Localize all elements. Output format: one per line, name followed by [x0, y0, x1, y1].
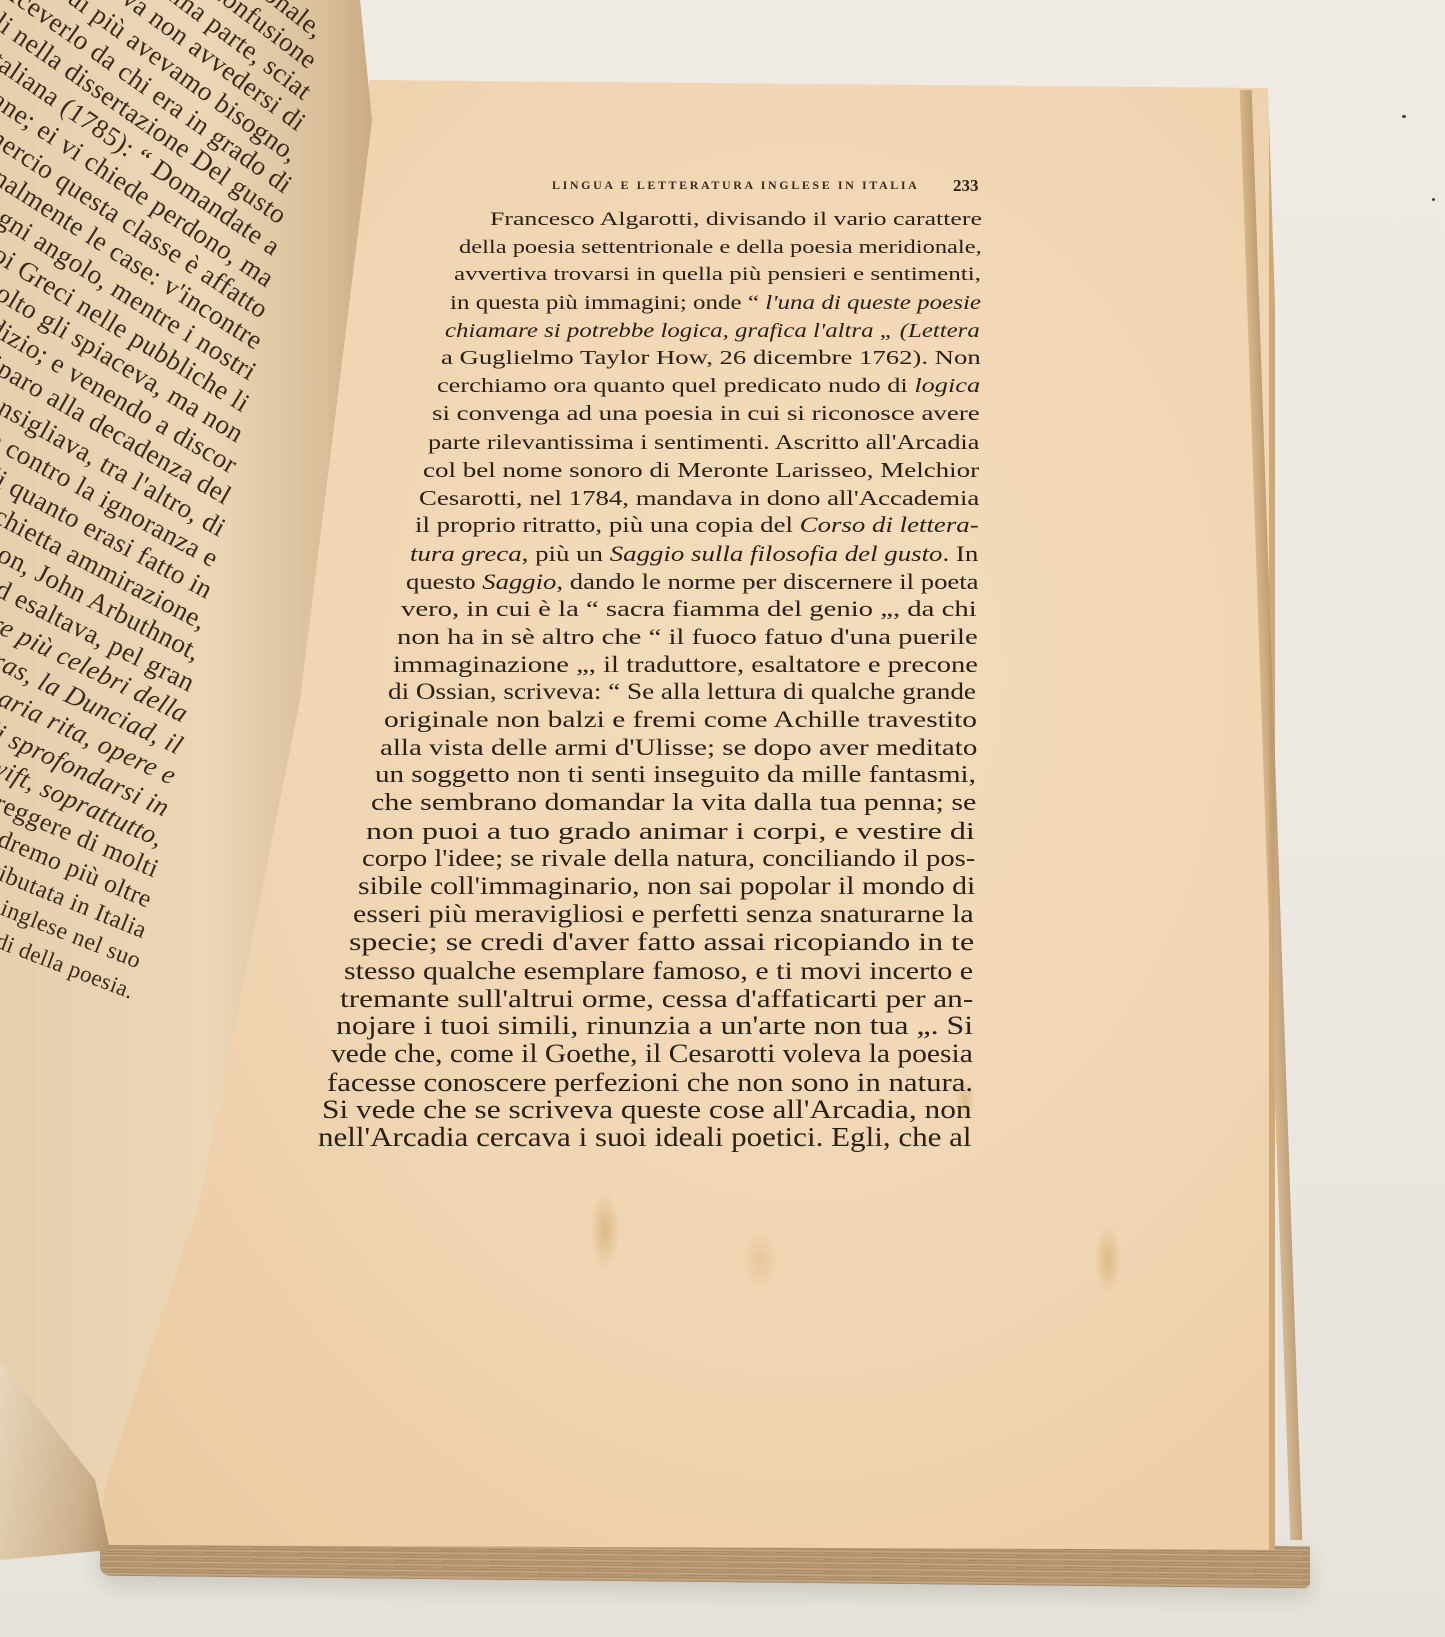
text-segment: avvertiva trovarsi in quella più pensier… [454, 264, 981, 285]
text-line: Si vede che se scriveva queste cose all'… [322, 1094, 972, 1125]
dust-speck [1432, 198, 1435, 201]
italic-text: chiamare si potrebbe logica, grafica l'a… [445, 320, 980, 342]
text-segment: esseri più meravigliosi e perfetti senza… [353, 901, 974, 928]
text-line: esseri più meravigliosi e perfetti senza… [353, 901, 974, 929]
text-segment: Francesco Algarotti, divisando il vario … [490, 209, 982, 230]
text-line: col bel nome sonoro di Meronte Larisseo,… [423, 458, 979, 483]
text-line: chiamare si potrebbe logica, grafica l'a… [445, 320, 980, 343]
page-number: 233 [953, 176, 979, 196]
italic-text: Corso di lettera- [799, 513, 978, 537]
text-line: parte rilevantissima i sentimenti. Ascri… [428, 430, 979, 455]
text-segment: a Guglielmo Taylor How, 26 dicembre 1762… [441, 347, 981, 369]
text-segment: stesso qualche esemplare famoso, e ti mo… [344, 956, 973, 985]
text-segment: nell'Arcadia cercava i suoi ideali poeti… [318, 1122, 972, 1152]
text-line: questo Saggio, dando le norme per discer… [406, 569, 979, 595]
text-line: un soggetto non ti senti inseguito da mi… [375, 762, 976, 789]
text-segment: si convenga ad una poesia in cui si rico… [432, 403, 980, 425]
text-segment: vede che, come il Goethe, il Cesarotti v… [331, 1039, 973, 1068]
text-line: alla vista delle armi d'Ulisse; se dopo … [380, 735, 977, 762]
italic-text: Saggio sulla filosofia del gusto [610, 541, 943, 566]
text-line: stesso qualche esemplare famoso, e ti mo… [344, 956, 973, 986]
running-head: LINGUA E LETTERATURA INGLESE IN ITALIA [552, 178, 919, 193]
text-line: vede che, come il Goethe, il Cesarotti v… [331, 1039, 973, 1069]
text-segment: questo [406, 569, 482, 594]
text-segment: , più un [522, 541, 610, 566]
text-segment: vero, in cui è la “ sacra fiamma del gen… [401, 596, 977, 621]
paper-stain [1095, 1225, 1121, 1295]
text-line: di Ossian, scriveva: “ Se alla lettura d… [388, 679, 976, 706]
text-line: in questa più immagini; onde “ l'una di … [450, 292, 981, 315]
paper-stain [590, 1190, 620, 1270]
text-segment: nojare i tuoi simili, rinunzia a un'arte… [336, 1011, 973, 1040]
text-segment: alla vista delle armi d'Ulisse; se dopo … [380, 735, 977, 761]
text-line: sibile coll'immaginario, non sai popolar… [358, 873, 975, 901]
italic-text: l'una di queste poesie [765, 292, 981, 314]
text-segment: sibile coll'immaginario, non sai popolar… [358, 873, 975, 900]
text-line: a Guglielmo Taylor How, 26 dicembre 1762… [441, 347, 981, 370]
italic-text: Saggio [482, 569, 556, 594]
text-line: avvertiva trovarsi in quella più pensier… [454, 264, 981, 286]
text-line: si convenga ad una poesia in cui si rico… [432, 403, 980, 426]
text-line: nojare i tuoi simili, rinunzia a un'arte… [336, 1011, 973, 1041]
text-segment: parte rilevantissima i sentimenti. Ascri… [428, 430, 979, 454]
text-segment: originale non balzi e fremi come Achille… [384, 707, 977, 733]
paper-stain [740, 1230, 780, 1290]
text-segment: tremante sull'altrui orme, cessa d'affat… [340, 984, 973, 1013]
text-segment: immaginazione „, il traduttore, esaltato… [393, 652, 978, 677]
text-segment: specie; se credi d'aver fatto assai rico… [349, 928, 974, 956]
text-line: tremante sull'altrui orme, cessa d'affat… [340, 984, 973, 1014]
dust-speck [1402, 115, 1406, 118]
text-segment: . In [943, 541, 979, 566]
text-line: corpo l'idee; se rivale della natura, co… [362, 845, 975, 873]
text-segment: col bel nome sonoro di Meronte Larisseo,… [423, 458, 979, 482]
text-line: non ha in sè altro che “ il fuoco fatuo … [397, 624, 978, 650]
text-line: cerchiamo ora quanto quel predicato nudo… [437, 375, 980, 398]
text-line: originale non balzi e fremi come Achille… [384, 707, 977, 734]
text-segment: cerchiamo ora quanto quel predicato nudo… [437, 375, 914, 397]
text-segment: non ha in sè altro che “ il fuoco fatuo … [397, 624, 978, 649]
text-segment: che sembrano domandar la vita dalla tua … [371, 790, 976, 816]
text-segment: di Ossian, scriveva: “ Se alla lettura d… [388, 679, 976, 705]
text-segment: Si vede che se scriveva queste cose all'… [322, 1094, 972, 1124]
text-segment: un soggetto non ti senti inseguito da mi… [375, 762, 976, 788]
text-line: che sembrano domandar la vita dalla tua … [371, 790, 976, 817]
text-segment: facesse conoscere perfezioni che non son… [327, 1067, 973, 1097]
text-line: facesse conoscere perfezioni che non son… [327, 1067, 973, 1098]
text-line: non puoi a tuo grado animar i corpi, e v… [366, 818, 975, 846]
italic-text: logica [914, 375, 980, 397]
text-line: Francesco Algarotti, divisando il vario … [490, 209, 982, 231]
text-line: della poesia settentrionale e della poes… [459, 237, 982, 259]
italic-text: tura greca [410, 541, 522, 566]
text-line: nell'Arcadia cercava i suoi ideali poeti… [318, 1122, 972, 1153]
text-line: tura greca, più un Saggio sulla filosofi… [410, 541, 978, 567]
text-segment: Cesarotti, nel 1784, mandava in dono all… [419, 486, 979, 510]
text-segment: corpo l'idee; se rivale della natura, co… [362, 845, 975, 872]
text-line: il proprio ritratto, più una copia del C… [415, 513, 979, 538]
text-segment: in questa più immagini; onde “ [450, 292, 765, 314]
text-segment: , dando le norme per discernere il poeta [556, 569, 978, 594]
text-line: specie; se credi d'aver fatto assai rico… [349, 928, 974, 957]
text-segment: il proprio ritratto, più una copia del [415, 513, 800, 537]
text-line: vero, in cui è la “ sacra fiamma del gen… [401, 596, 977, 622]
text-segment: non puoi a tuo grado animar i corpi, e v… [366, 818, 975, 845]
text-line: immaginazione „, il traduttore, esaltato… [393, 652, 978, 678]
text-line: Cesarotti, nel 1784, mandava in dono all… [419, 486, 979, 511]
text-segment: della poesia settentrionale e della poes… [459, 237, 982, 258]
